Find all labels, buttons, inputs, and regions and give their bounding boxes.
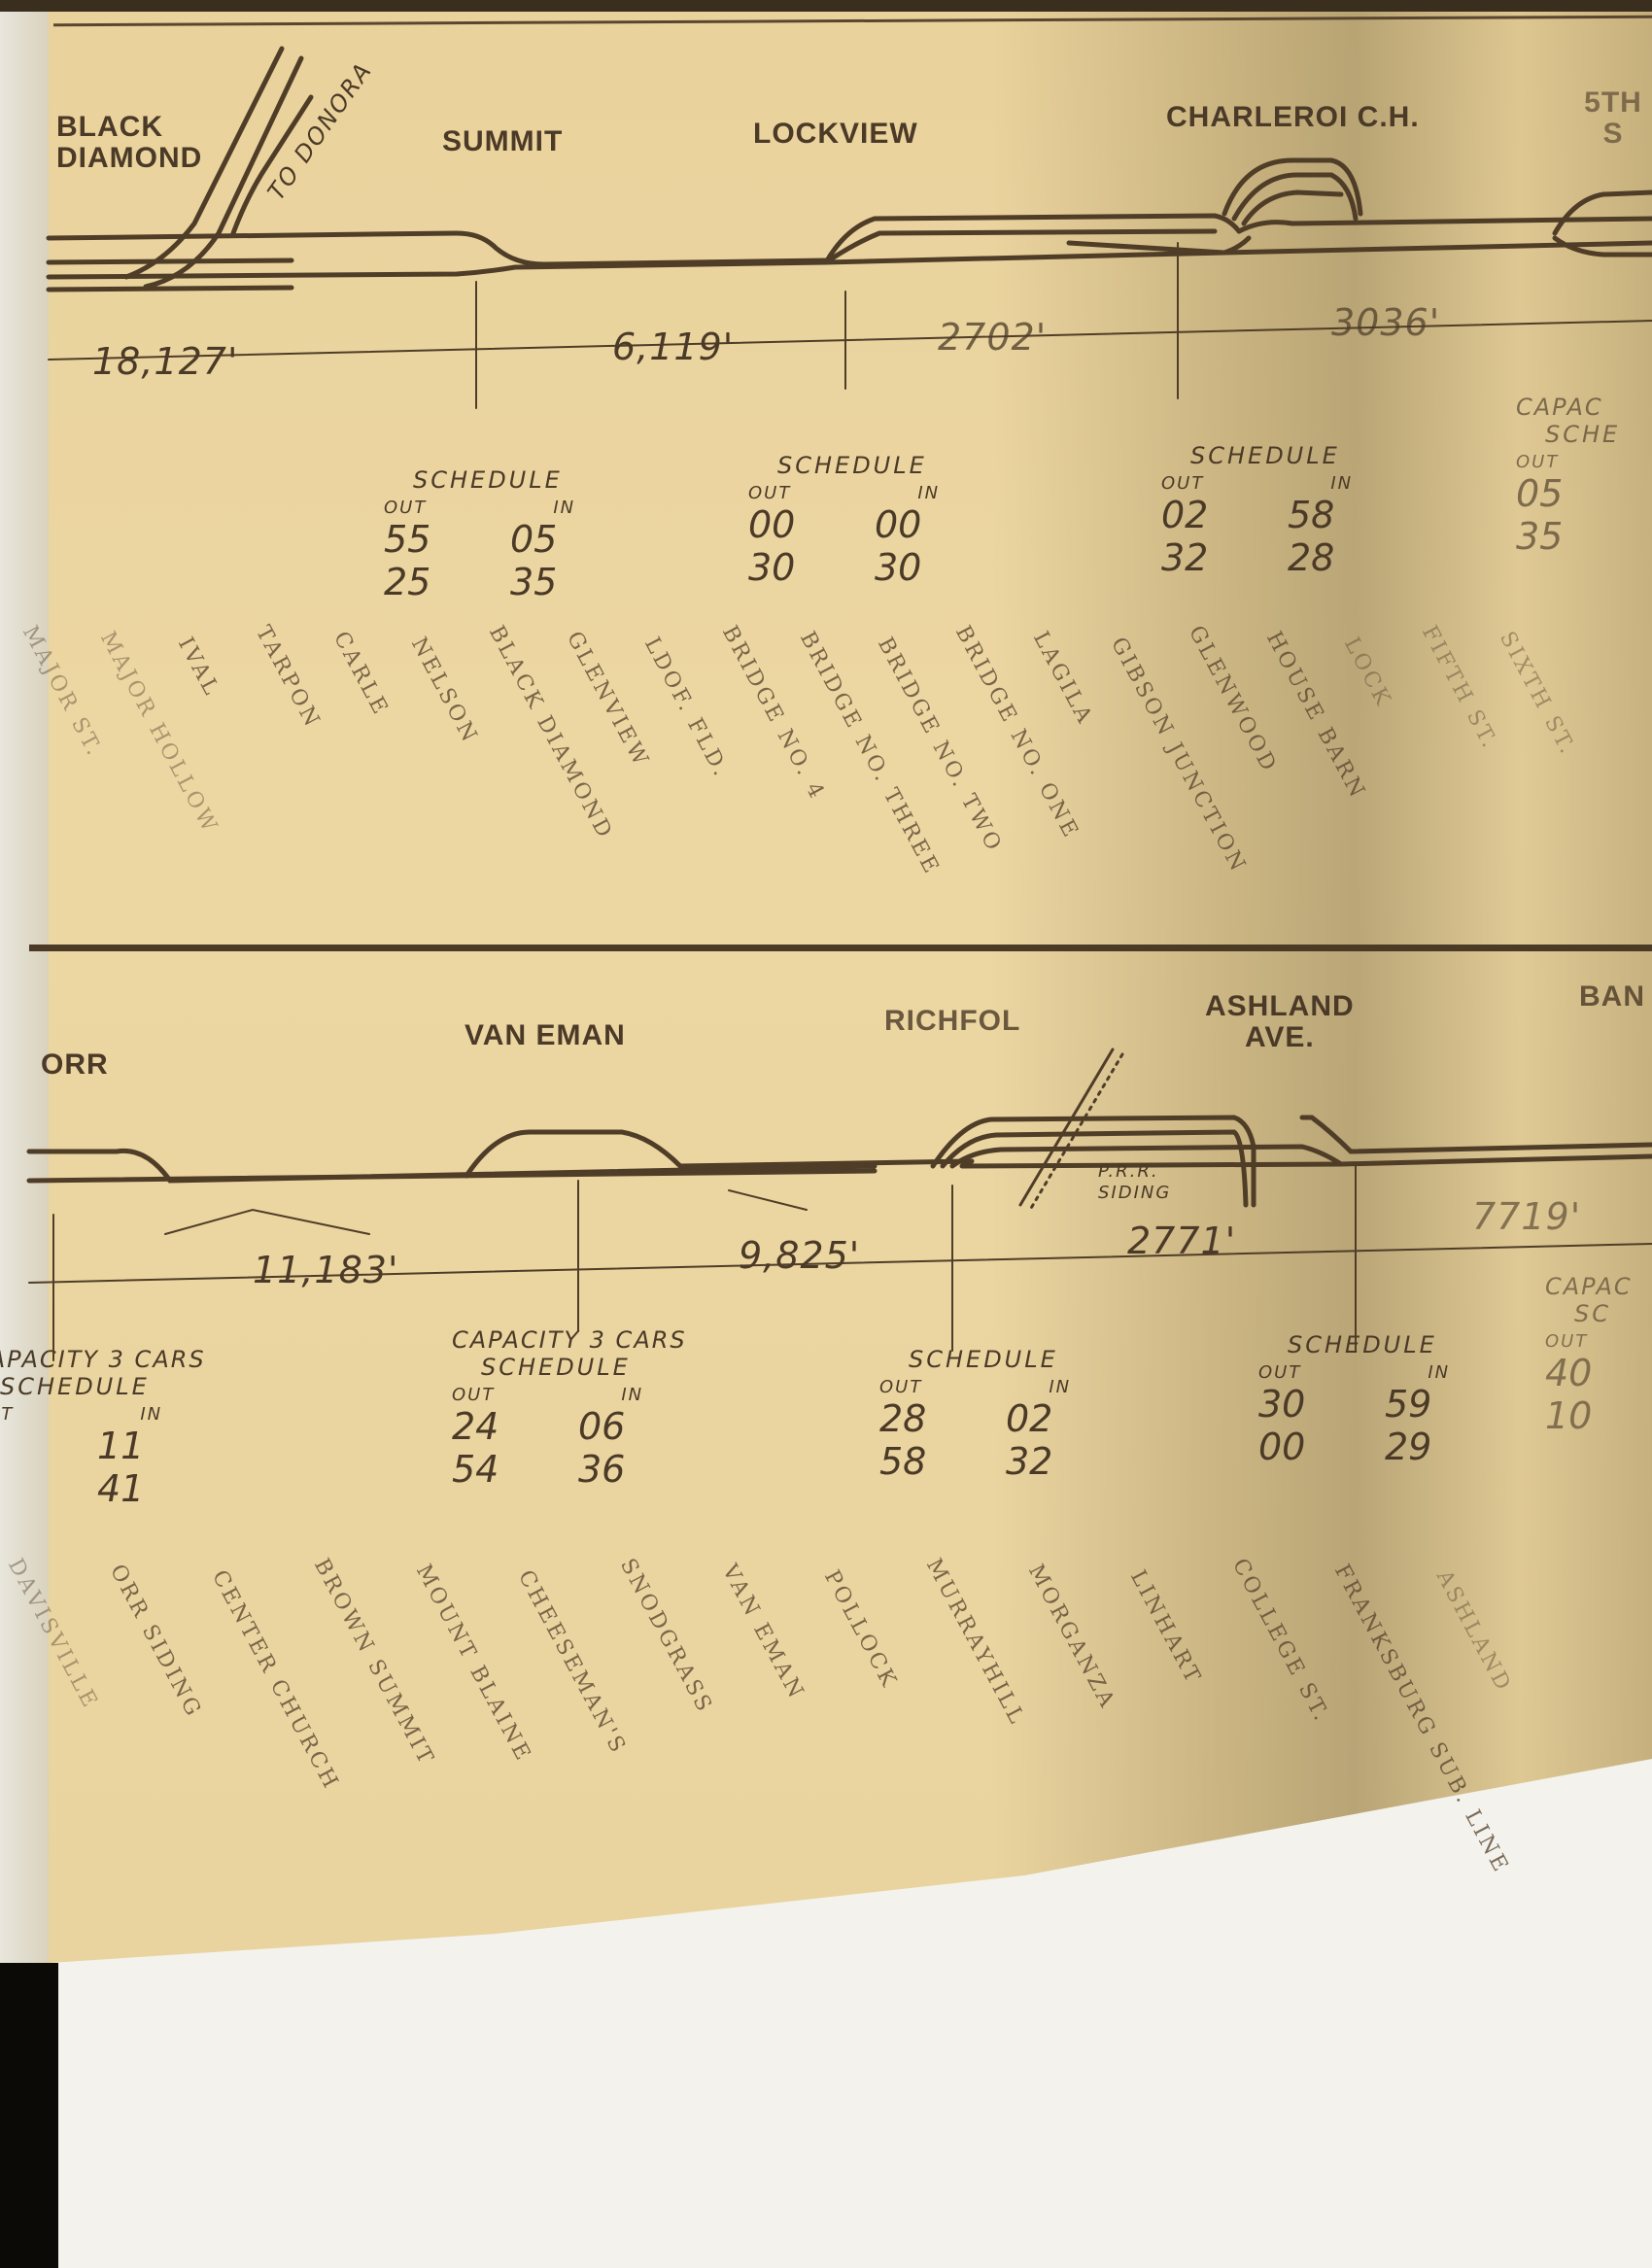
in-time: 11 (97, 1425, 155, 1467)
in-header: IN (917, 483, 940, 503)
out-header: OUT (384, 498, 427, 518)
station-lockview: LOCKVIEW (753, 119, 918, 150)
out-header: OUT (0, 1404, 14, 1425)
in-time: 28 (1288, 536, 1346, 579)
out-time: 30 (748, 546, 807, 589)
schedule-title: SCHEDULE (0, 1373, 206, 1400)
out-time: 58 (879, 1440, 938, 1483)
station-van-eman: VAN EMAN (465, 1020, 626, 1051)
out-time: 05 (1516, 472, 1574, 515)
out-header: OUT (748, 483, 791, 503)
out-time: 40 (1545, 1352, 1603, 1394)
station-richfol: RICHFOL (884, 1006, 1020, 1037)
out-header: OUT (452, 1385, 495, 1405)
schedule-ashland: SCHEDULE OUTIN 3059 0029 (1258, 1331, 1450, 1468)
capacity-label: CAPAC (1545, 1273, 1633, 1300)
station-ashland-ave: ASHLAND AVE. (1205, 991, 1355, 1052)
out-time: 00 (748, 503, 807, 546)
out-time: 30 (1258, 1383, 1317, 1426)
out-header: OUT (1545, 1331, 1588, 1352)
schedule-summit: SCHEDULE OUTIN 5505 2535 (384, 466, 575, 603)
schedule-title: SCHEDULE (481, 1354, 687, 1381)
out-header: OUT (1161, 473, 1204, 494)
capacity-label: CAPACITY 3 CARS (0, 1346, 206, 1373)
out-time: 54 (452, 1448, 510, 1491)
schedule-charleroi: SCHEDULE OUTIN 0258 3228 (1161, 442, 1353, 579)
in-time: 59 (1385, 1383, 1443, 1426)
distance-6: 9,825' (739, 1234, 860, 1277)
out-time: 9 (0, 1467, 29, 1510)
station-orr: ORR (41, 1049, 109, 1081)
schedule-orr: CAPACITY 3 CARS SCHEDULE OUTIN 911 941 (0, 1346, 206, 1510)
schedule-richfol: SCHEDULE OUTIN 2802 5832 (879, 1346, 1071, 1483)
out-header: OUT (879, 1377, 922, 1397)
schedule-title: SCHEDULE (1190, 442, 1353, 469)
station-fifth-st: 5TH S (1574, 87, 1652, 149)
distance-3: 2702' (938, 316, 1047, 359)
in-time: 05 (510, 518, 568, 561)
schedule-title: SCHEDULE (777, 452, 940, 479)
capacity-label: CAPAC (1516, 394, 1620, 421)
distance-8: 7719' (1472, 1195, 1581, 1238)
distance-2: 6,119' (612, 326, 734, 368)
schedule-lockview: SCHEDULE OUTIN 0000 3030 (748, 452, 940, 589)
in-header: IN (553, 498, 575, 518)
out-time: 00 (1258, 1426, 1317, 1468)
out-time: 35 (1516, 515, 1574, 558)
in-time: 32 (1006, 1440, 1064, 1483)
out-time: 55 (384, 518, 442, 561)
in-header: IN (1428, 1362, 1450, 1383)
station-charleroi-ch: CHARLEROI C.H. (1166, 102, 1420, 133)
in-time: 36 (578, 1448, 637, 1491)
station-ban: BAN (1579, 981, 1645, 1013)
in-time: 02 (1006, 1397, 1064, 1440)
in-time: 35 (510, 561, 568, 603)
prr-siding-label: P.R.R. SIDING (1098, 1161, 1171, 1203)
distance-1: 18,127' (92, 340, 238, 383)
in-header: IN (621, 1385, 643, 1405)
in-time: 58 (1288, 494, 1346, 536)
out-time: 32 (1161, 536, 1220, 579)
upper-track-2 (49, 262, 826, 277)
schedule-title: SCHEDULE (413, 466, 575, 494)
schedule-title: SC (1574, 1300, 1633, 1327)
distance-7: 2771' (1127, 1220, 1236, 1262)
in-header: IN (1330, 473, 1353, 494)
schedule-title: SCHE (1545, 421, 1620, 448)
out-time: 9 (0, 1425, 29, 1467)
out-time: 28 (879, 1397, 938, 1440)
capacity-label: CAPACITY 3 CARS (452, 1326, 687, 1354)
in-time: 29 (1385, 1426, 1443, 1468)
schedule-title: SCHEDULE (1288, 1331, 1450, 1358)
out-header: OUT (1258, 1362, 1301, 1383)
in-time: 41 (97, 1467, 155, 1510)
distance-5: 11,183' (253, 1249, 398, 1291)
station-summit: SUMMIT (442, 126, 563, 157)
in-header: IN (140, 1404, 162, 1425)
schedule-title: SCHEDULE (909, 1346, 1071, 1373)
out-time: 02 (1161, 494, 1220, 536)
in-time: 00 (875, 503, 933, 546)
station-black-diamond: BLACK DIAMOND (56, 112, 202, 173)
in-time: 06 (578, 1405, 637, 1448)
distance-4: 3036' (1331, 301, 1440, 344)
out-time: 25 (384, 561, 442, 603)
schedule-fifth-st: CAPAC SCHE OUT 05 35 (1516, 394, 1620, 558)
out-time: 10 (1545, 1394, 1603, 1437)
out-header: OUT (1516, 452, 1559, 472)
schedule-ban: CAPAC SC OUT 40 10 (1545, 1273, 1633, 1437)
schedule-van-eman: CAPACITY 3 CARS SCHEDULE OUTIN 2406 5436 (452, 1326, 687, 1491)
in-header: IN (1049, 1377, 1071, 1397)
out-time: 24 (452, 1405, 510, 1448)
in-time: 30 (875, 546, 933, 589)
